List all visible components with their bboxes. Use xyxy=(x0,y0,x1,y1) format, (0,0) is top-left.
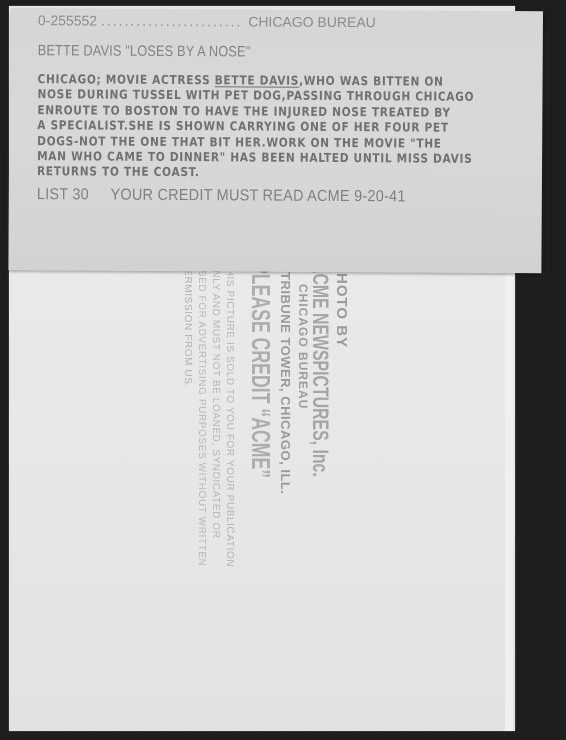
credit-line: LIST 30YOUR CREDIT MUST READ ACME 9-20-4… xyxy=(37,186,406,206)
credit-text: YOUR CREDIT MUST READ ACME 9-20-41 xyxy=(110,187,405,206)
caption-body: CHICAGO; MOVIE ACTRESS BETTE DAVIS,WHO W… xyxy=(37,72,474,183)
stamp-address: TRIBUNE TOWER, CHICAGO, ILL. xyxy=(278,272,293,494)
stamp-notice-line: ONLY AND MUST NOT BE LOANED, SYNDICATED … xyxy=(210,262,221,539)
list-number: LIST 30 xyxy=(37,186,89,203)
stamp-notice-line: PERMISSION FROM US. xyxy=(182,262,193,388)
headline: BETTE DAVIS "LOSES BY A NOSE" xyxy=(38,42,251,60)
stamp-notice-line: USED FOR ADVERTISING PURPOSES WITHOUT WR… xyxy=(196,262,207,566)
caption-snipe: 0-255552 ........................ CHICAG… xyxy=(8,8,543,273)
subject-name: BETTE DAVIS xyxy=(215,73,299,88)
caption-text: CHICAGO; MOVIE ACTRESS xyxy=(38,72,215,87)
stamp-please-credit: PLEASE CREDIT “ACME” xyxy=(245,262,276,478)
stamp-notice-line: THIS PICTURE IS SOLD TO YOU FOR YOUR PUB… xyxy=(224,262,235,567)
stamp-bureau: CHICAGO BUREAU xyxy=(296,284,310,409)
stamp-photo-by: PHOTO BY xyxy=(333,262,350,348)
caption-text: ,WHO WAS BITTEN ON xyxy=(299,74,444,89)
bureau-label: CHICAGO BUREAU xyxy=(248,13,376,30)
caption-line: RETURNS TO THE COAST. xyxy=(37,165,474,183)
dot-leader: ........................ xyxy=(101,13,248,30)
stamp-agency: ACME NEWSPICTURES, Inc. xyxy=(307,262,333,477)
acme-stamp: PHOTO BY ACME NEWSPICTURES, Inc. CHICAGO… xyxy=(150,262,360,632)
snipe-header: 0-255552 ........................ CHICAG… xyxy=(38,12,376,30)
negative-number: 0-255552 xyxy=(38,12,97,28)
